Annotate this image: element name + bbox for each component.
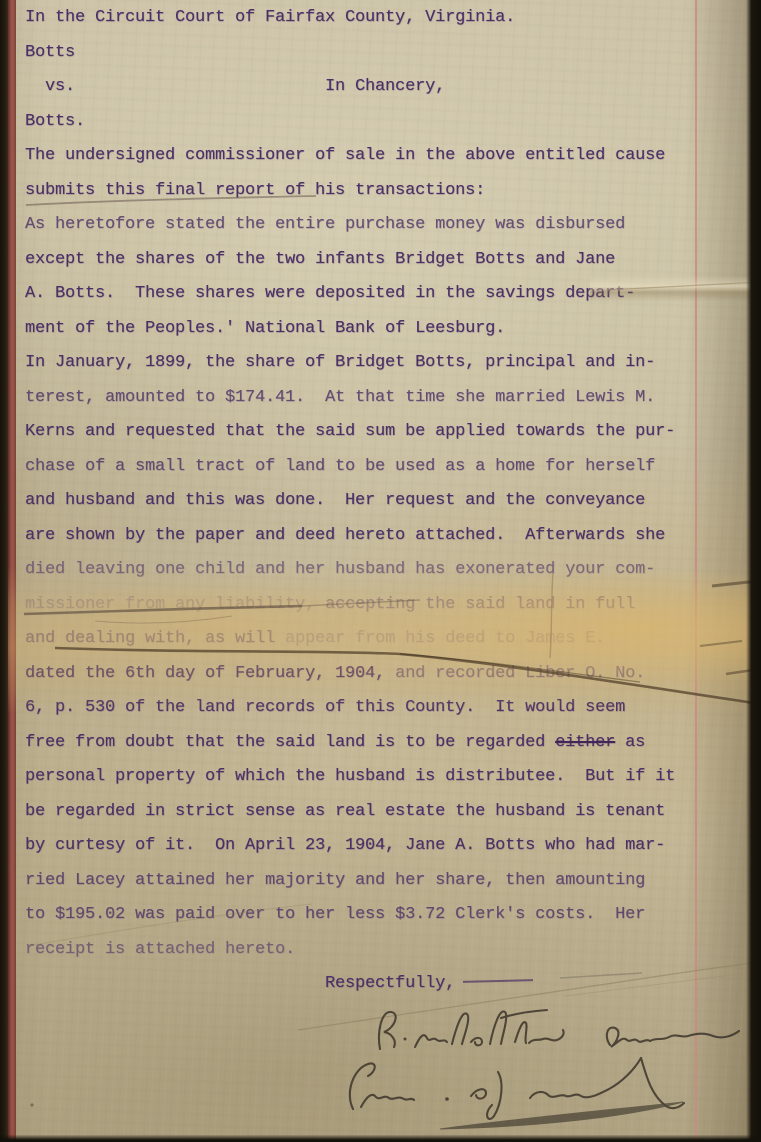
- text-segment: as: [615, 733, 645, 752]
- text-line: Kerns and requested that the said sum be…: [25, 415, 725, 450]
- text-line: terest, amounted to $174.41. At that tim…: [25, 381, 725, 416]
- text-segment: ried Lacey attained her majority and her…: [25, 871, 645, 890]
- text-line: be regarded in strict sense as real esta…: [25, 795, 725, 830]
- text-line: Botts.: [25, 105, 725, 140]
- text-segment: appear from his deed to James E.: [275, 629, 605, 648]
- text-segment: to $195.02 was paid over to her less $3.…: [25, 905, 645, 924]
- text-segment: except the shares of the two infants Bri…: [25, 250, 615, 269]
- text-line: by curtesy of it. On April 23, 1904, Jan…: [25, 829, 725, 864]
- text-segment: and husband and this was done. Her reque…: [25, 491, 645, 510]
- text-segment: either: [555, 733, 615, 752]
- text-segment: free from doubt that the said land is to…: [25, 733, 555, 752]
- text-segment: chase of a small tract of land to be use…: [25, 457, 655, 476]
- text-line: are shown by the paper and deed hereto a…: [25, 519, 725, 554]
- text-line: except the shares of the two infants Bri…: [25, 243, 725, 278]
- text-segment: The undersigned commissioner of sale in …: [25, 146, 665, 165]
- text-line: Respectfully,: [25, 967, 725, 1002]
- text-line: Botts: [25, 36, 725, 71]
- scan-border-bottom: [0, 1135, 761, 1142]
- text-segment: and recorded Liber O. No.: [395, 664, 645, 683]
- text-segment: submits this final report of his transac…: [25, 181, 485, 200]
- text-line: chase of a small tract of land to be use…: [25, 450, 725, 485]
- text-line: personal property of which the husband i…: [25, 760, 725, 795]
- text-segment: Kerns and requested that the said sum be…: [25, 422, 675, 441]
- text-segment: A. Botts. These shares were deposited in…: [25, 284, 635, 303]
- text-segment: Botts: [25, 43, 75, 62]
- text-line: receipt is attached hereto.: [25, 933, 725, 968]
- scan-border-left: [0, 0, 8, 1142]
- scan-border-right: [746, 0, 761, 1142]
- typewritten-text-block: In the Circuit Court of Fairfax County, …: [25, 1, 725, 1002]
- text-line: died leaving one child and her husband h…: [25, 553, 725, 588]
- text-segment: missioner from any liability,: [25, 595, 315, 614]
- text-line: and husband and this was done. Her reque…: [25, 484, 725, 519]
- text-segment: In the Circuit Court of Fairfax County, …: [25, 8, 515, 27]
- text-line: As heretofore stated the entire purchase…: [25, 208, 725, 243]
- text-line: The undersigned commissioner of sale in …: [25, 139, 725, 174]
- text-segment: vs. In Chancery,: [25, 77, 445, 96]
- text-line: In the Circuit Court of Fairfax County, …: [25, 1, 725, 36]
- text-segment: ment of the Peoples.' National Bank of L…: [25, 319, 505, 338]
- text-segment: As heretofore stated the entire purchase…: [25, 215, 625, 234]
- text-line: 6, p. 530 of the land records of this Co…: [25, 691, 725, 726]
- text-line: A. Botts. These shares were deposited in…: [25, 277, 725, 312]
- text-segment: personal property of which the husband i…: [25, 767, 675, 786]
- text-segment: 6, p. 530 of the land records of this Co…: [25, 698, 625, 717]
- scanned-document-page: In the Circuit Court of Fairfax County, …: [0, 0, 761, 1142]
- text-line: to $195.02 was paid over to her less $3.…: [25, 898, 725, 933]
- text-segment: by curtesy of it. On April 23, 1904, Jan…: [25, 836, 665, 855]
- text-segment: and dealing with, as will: [25, 629, 275, 648]
- text-line: and dealing with, as will appear from hi…: [25, 622, 725, 657]
- text-line: missioner from any liability, accepting …: [25, 588, 725, 623]
- left-margin-rule: [8, 0, 16, 1142]
- text-segment: are shown by the paper and deed hereto a…: [25, 526, 665, 545]
- text-line: ried Lacey attained her majority and her…: [25, 864, 725, 899]
- text-line: dated the 6th day of February, 1904, and…: [25, 657, 725, 692]
- text-line: submits this final report of his transac…: [25, 174, 725, 209]
- text-segment: accepting the said land in full: [315, 595, 635, 614]
- text-segment: died leaving one child and her husband h…: [25, 560, 655, 579]
- text-segment: receipt is attached hereto.: [25, 940, 295, 959]
- text-line: free from doubt that the said land is to…: [25, 726, 725, 761]
- text-line: ment of the Peoples.' National Bank of L…: [25, 312, 725, 347]
- text-segment: Botts.: [25, 112, 85, 131]
- text-segment: Respectfully,: [25, 974, 455, 993]
- text-segment: In January, 1899, the share of Bridget B…: [25, 353, 655, 372]
- text-line: In January, 1899, the share of Bridget B…: [25, 346, 725, 381]
- text-segment: dated the 6th day of February, 1904,: [25, 664, 395, 683]
- typed-rule-line: [463, 979, 533, 983]
- text-segment: be regarded in strict sense as real esta…: [25, 802, 665, 821]
- text-segment: terest, amounted to $174.41. At that tim…: [25, 388, 655, 407]
- text-line: vs. In Chancery,: [25, 70, 725, 105]
